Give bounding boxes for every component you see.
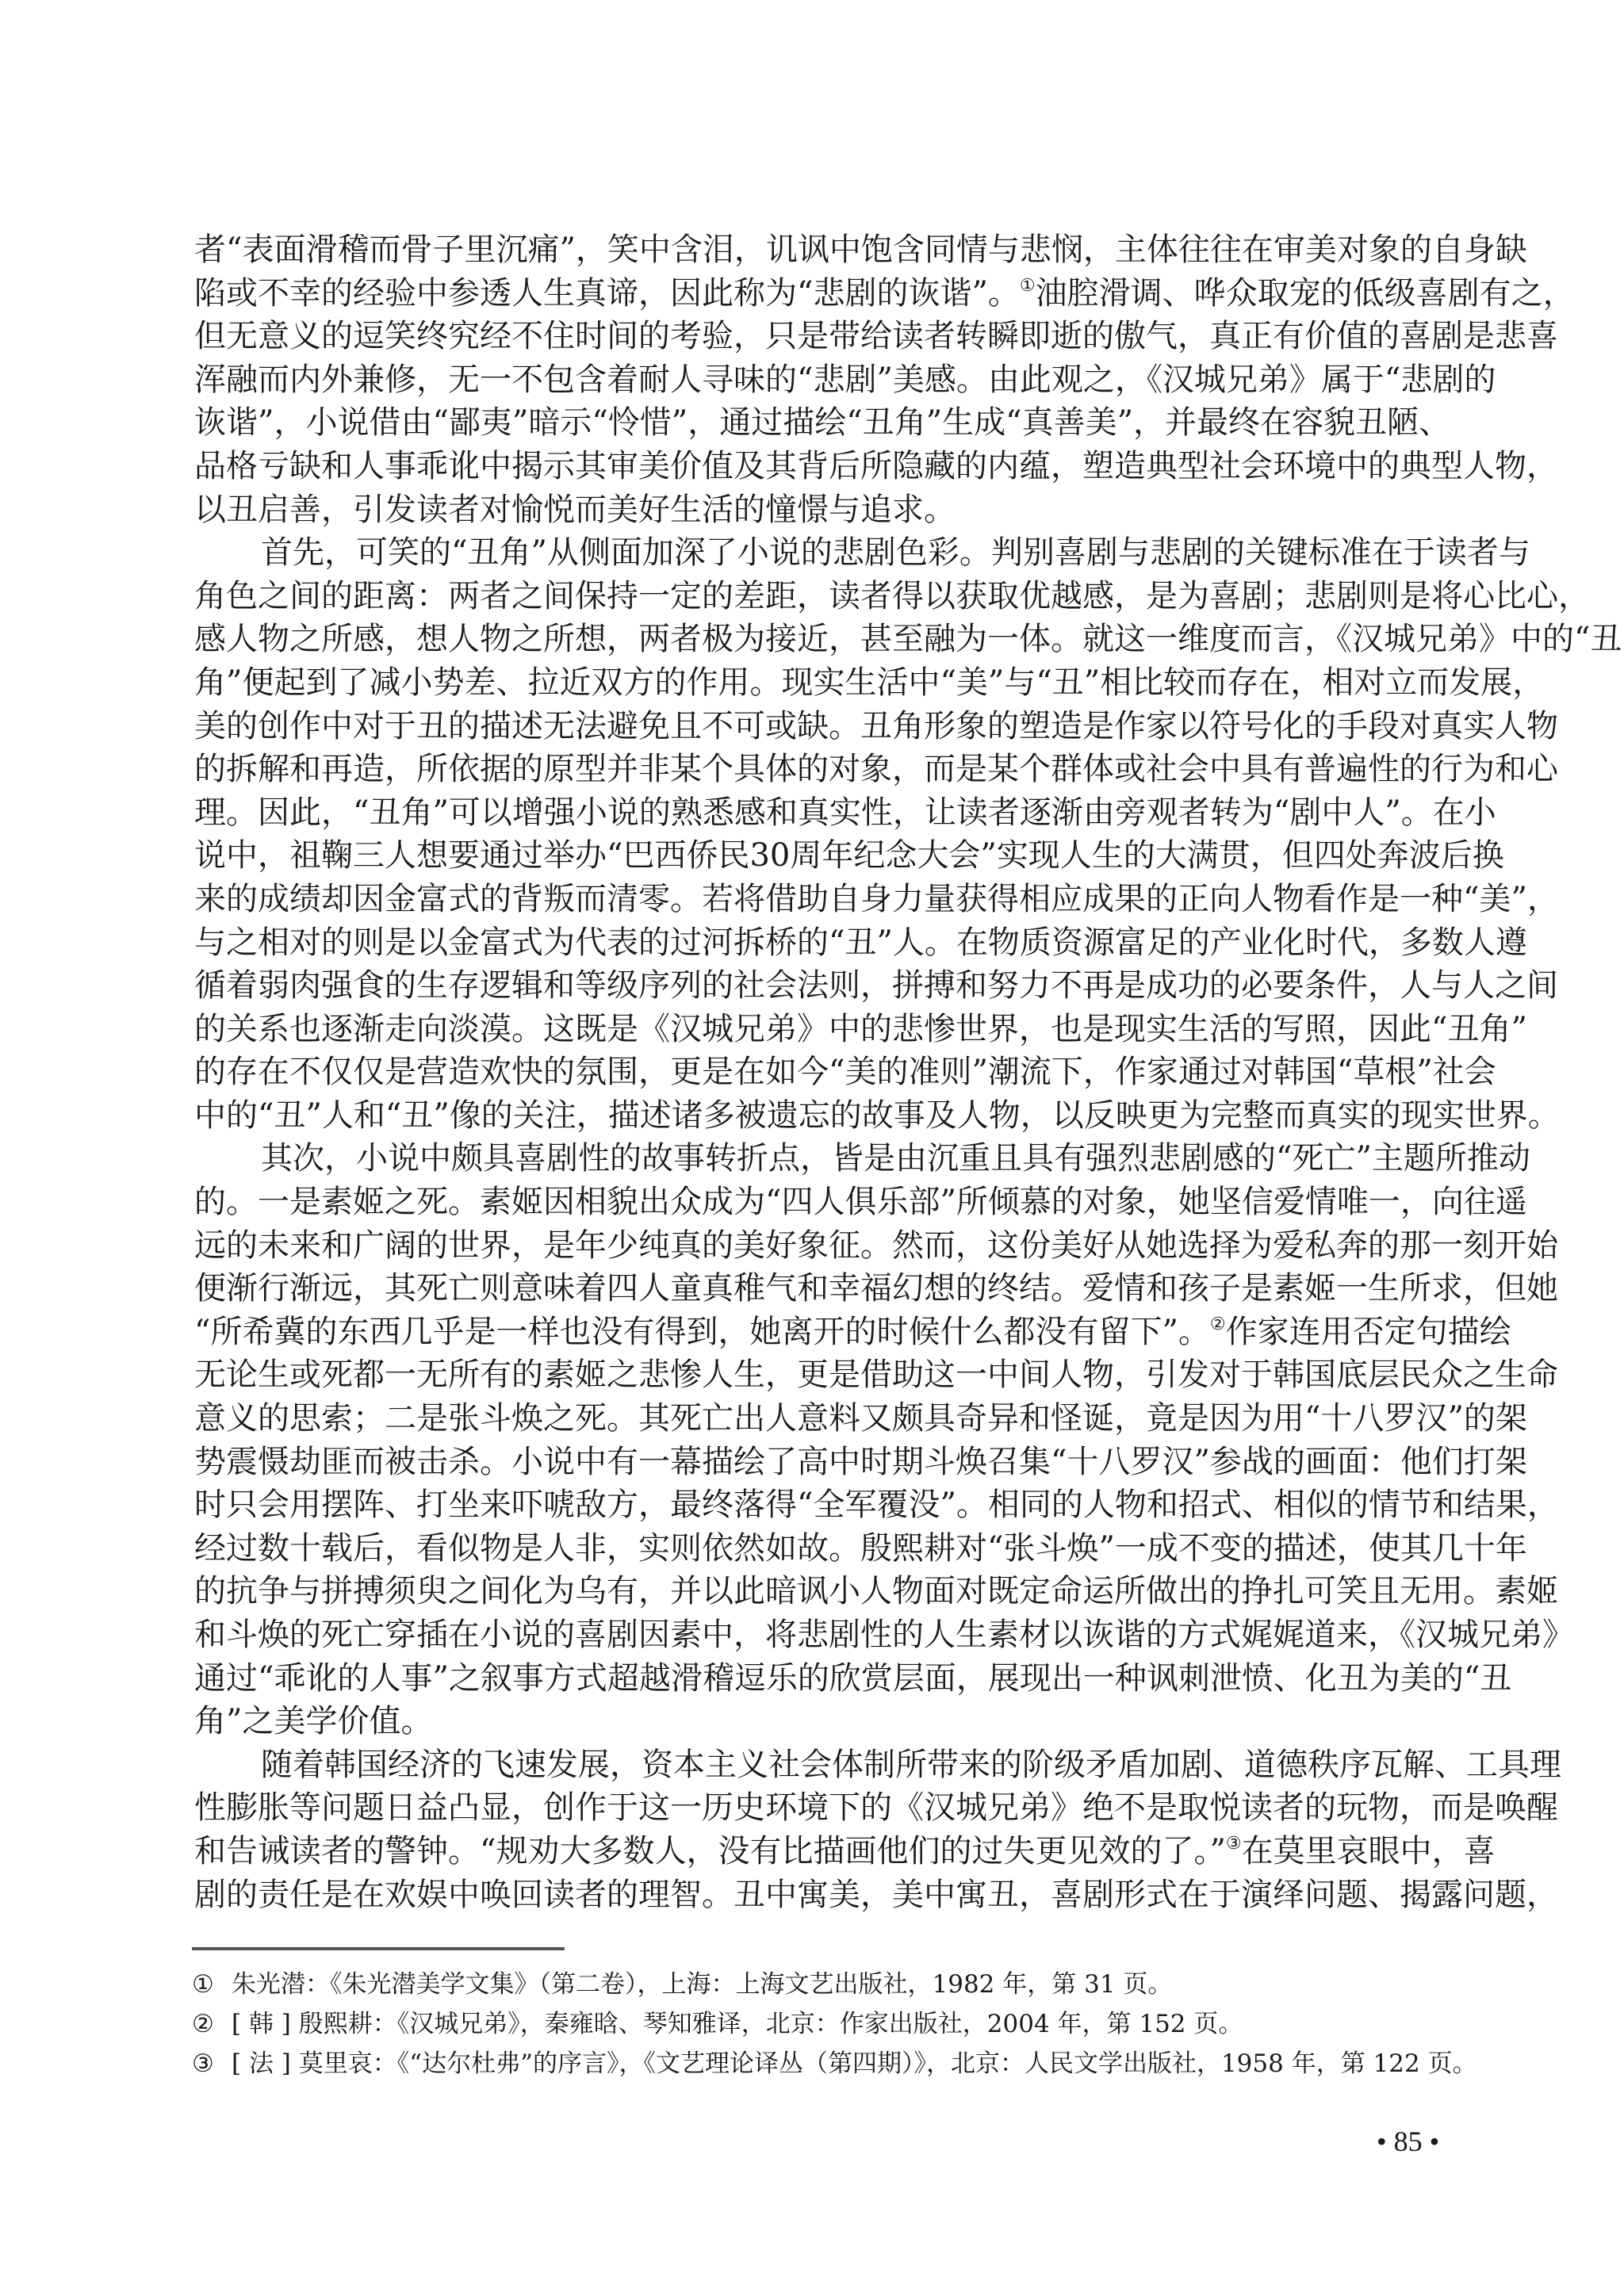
line-text: 意义的思索；二是张斗焕之死。其死亡出人意料又颇具奇异和怪诞，竟是因为用“十八罗汉… — [194, 1400, 1527, 1437]
line-text: 中的“丑”人和“丑”像的关注，描述诸多被遗忘的故事及人物，以反映更为完整而真实的… — [194, 1097, 1560, 1134]
line-text: 经过数十载后，看似物是人非，实则依然如故。殷熙耕对“张斗焕”一成不变的描述，使其… — [194, 1530, 1527, 1567]
text-line: 角色之间的距离：两者之间保持一定的差距，读者得以获取优越感，是为喜剧；悲剧则是将… — [194, 575, 1433, 618]
text-line: 但无意义的逗笑终究经不住时间的考验，只是带给读者转瞬即逝的傲气，真正有价值的喜剧… — [194, 315, 1433, 358]
text-line: 经过数十载后，看似物是人非，实则依然如故。殷熙耕对“张斗焕”一成不变的描述，使其… — [194, 1527, 1433, 1571]
text-line: 的抗争与拼搏须臾之间化为乌有，并以此暗讽小人物面对既定命运所做出的挣扎可笑且无用… — [194, 1570, 1433, 1613]
text-line: 随着韩国经济的飞速发展，资本主义社会体制所带来的阶级矛盾加剧、道德秩序瓦解、工具… — [194, 1743, 1433, 1787]
line-text: 但无意义的逗笑终究经不住时间的考验，只是带给读者转瞬即逝的傲气，真正有价值的喜剧… — [194, 318, 1558, 354]
footnote-reference[interactable]: ③ — [1226, 1834, 1242, 1854]
line-text: 其次，小说中颇具喜剧性的故事转折点，皆是由沉重且具有强烈悲剧感的“死亡”主题所推… — [261, 1140, 1530, 1177]
line-text: 在莫里哀眼中，喜 — [1242, 1833, 1496, 1869]
text-line: 势震慑劫匪而被击杀。小说中有一幕描绘了高中时期斗焕召集“十八罗汉”参战的画面：他… — [194, 1441, 1433, 1484]
line-text: 陷或不幸的经验中参透人生真谛，因此称为“悲剧的诙谐”。 — [194, 275, 1020, 312]
line-text: 便渐行渐远，其死亡则意味着四人童真稚气和幸福幻想的终结。爱情和孩子是素姬一生所求… — [194, 1270, 1558, 1307]
document-page: 者“表面滑稽而骨子里沉痛”，笑中含泪，讥讽中饱含同情与悲悯，主体往往在审美对象的… — [0, 0, 1624, 2296]
line-text: 美的创作中对于丑的描述无法避免且不可或缺。丑角形象的塑造是作家以符号化的手段对真… — [194, 708, 1558, 744]
line-text: 的拆解和再造，所依据的原型并非某个具体的对象，而是某个群体或社会中具有普遍性的行… — [194, 751, 1558, 787]
text-line: 浑融而内外兼修，无一不包含着耐人寻味的“悲剧”美感。由此观之，《汉城兄弟》属于“… — [194, 358, 1433, 402]
line-text: 和告诫读者的警钟。“规劝大多数人，没有比描画他们的过失更见效的了。” — [194, 1833, 1226, 1869]
text-line: 便渐行渐远，其死亡则意味着四人童真稚气和幸福幻想的终结。爱情和孩子是素姬一生所求… — [194, 1267, 1433, 1311]
line-text: 剧的责任是在欢娱中唤回读者的理智。丑中寓美，美中寓丑，喜剧形式在于演绎问题、揭露… — [194, 1877, 1558, 1913]
text-line: 循着弱肉强食的生存逻辑和等级序列的社会法则，拼搏和努力不再是成功的必要条件，人与… — [194, 964, 1433, 1008]
text-line: 角”便起到了减小势差、拉近双方的作用。现实生活中“美”与“丑”相比较而存在，相对… — [194, 661, 1433, 705]
text-line: 首先，可笑的“丑角”从侧面加深了小说的悲剧色彩。判别喜剧与悲剧的关键标准在于读者… — [194, 531, 1433, 575]
footnote-text: [ 法 ] 莫里哀：《“达尔杜弗”的序言》，《文艺理论译丛（第四期）》，北京：人… — [232, 2049, 1477, 2078]
text-line: 者“表面滑稽而骨子里沉痛”，笑中含泪，讥讽中饱含同情与悲悯，主体往往在审美对象的… — [194, 228, 1433, 272]
line-text: 势震慑劫匪而被击杀。小说中有一幕描绘了高中时期斗焕召集“十八罗汉”参战的画面：他… — [194, 1444, 1527, 1480]
line-text: 角”之美学价值。 — [194, 1703, 432, 1739]
line-text: 角”便起到了减小势差、拉近双方的作用。现实生活中“美”与“丑”相比较而存在，相对… — [194, 664, 1544, 701]
line-text: 诙谐”，小说借由“鄙夷”暗示“怜惜”，通过描绘“丑角”生成“真善美”，并最终在容… — [194, 404, 1450, 441]
text-line: 与之相对的则是以金富式为代表的过河拆桥的“丑”人。在物质资源富足的产业化时代，多… — [194, 921, 1433, 965]
footnote-number: ② — [192, 2004, 232, 2044]
line-text: 的。一是素姬之死。素姬因相貌出众成为“四人俱乐部”所倾慕的对象，她坚信爱情唯一，… — [194, 1184, 1527, 1220]
line-text: 感人物之所感，想人物之所想，两者极为接近，甚至融为一体。就这一维度而言，《汉城兄… — [194, 621, 1622, 657]
text-line: 远的未来和广阔的世界，是年少纯真的美好象征。然而，这份美好从她选择为爱私奔的那一… — [194, 1224, 1433, 1268]
footnotes: ①朱光潜：《朱光潜美学文集》（第二卷），上海：上海文艺出版社，1982 年，第 … — [192, 1965, 1461, 2084]
line-text: 远的未来和广阔的世界，是年少纯真的美好象征。然而，这份美好从她选择为爱私奔的那一… — [194, 1227, 1558, 1264]
text-line: 陷或不幸的经验中参透人生真谛，因此称为“悲剧的诙谐”。①油腔滑调、哗众取宠的低级… — [194, 272, 1433, 316]
line-text: 油腔滑调、哗众取宠的低级喜剧有之， — [1036, 275, 1575, 312]
footnote-number: ① — [192, 1965, 232, 2004]
line-text: 的抗争与拼搏须臾之间化为乌有，并以此暗讽小人物面对既定命运所做出的挣扎可笑且无用… — [194, 1573, 1558, 1609]
text-line: 感人物之所感，想人物之所想，两者极为接近，甚至融为一体。就这一维度而言，《汉城兄… — [194, 618, 1433, 661]
line-text: “所希冀的东西几乎是一样也没有得到，她离开的时候什么都没有留下”。 — [194, 1314, 1210, 1350]
footnote-text: 朱光潜：《朱光潜美学文集》（第二卷），上海：上海文艺出版社，1982 年，第 3… — [232, 1970, 1172, 1999]
footnote-item: ②[ 韩 ] 殷熙耕：《汉城兄弟》，秦雍晗、琴知雅译，北京：作家出版社，2004… — [192, 2004, 1461, 2044]
footnote-item: ①朱光潜：《朱光潜美学文集》（第二卷），上海：上海文艺出版社，1982 年，第 … — [192, 1965, 1461, 2004]
footnote-text: [ 韩 ] 殷熙耕：《汉城兄弟》，秦雍晗、琴知雅译，北京：作家出版社，2004 … — [232, 2010, 1243, 2038]
text-line: 和告诫读者的警钟。“规劝大多数人，没有比描画他们的过失更见效的了。”③在莫里哀眼… — [194, 1830, 1433, 1873]
text-line: 的拆解和再造，所依据的原型并非某个具体的对象，而是某个群体或社会中具有普遍性的行… — [194, 748, 1433, 791]
footnote-item: ③[ 法 ] 莫里哀：《“达尔杜弗”的序言》，《文艺理论译丛（第四期）》，北京：… — [192, 2044, 1461, 2084]
line-text: 理。因此，“丑角”可以增强小说的熟悉感和真实性，让读者逐渐由旁观者转为“剧中人”… — [194, 794, 1496, 831]
text-line: 通过“乖讹的人事”之叙事方式超越滑稽逗乐的欣赏层面，展现出一种讽刺泄愤、化丑为美… — [194, 1657, 1433, 1701]
page-number: • 85 • — [1377, 2125, 1439, 2158]
footnote-reference[interactable]: ② — [1210, 1314, 1226, 1334]
line-text: 性膨胀等问题日益凸显，创作于这一历史环境下的《汉城兄弟》绝不是取悦读者的玩物，而… — [194, 1789, 1558, 1826]
text-line: 和斗焕的死亡穿插在小说的喜剧因素中，将悲剧性的人生素材以诙谐的方式娓娓道来，《汉… — [194, 1613, 1433, 1657]
footnote-number: ③ — [192, 2044, 232, 2084]
text-line: 的关系也逐渐走向淡漠。这既是《汉城兄弟》中的悲惨世界，也是现实生活的写照，因此“… — [194, 1008, 1433, 1051]
line-text: 说中，祖鞠三人想要通过举办“巴西侨民30周年纪念大会”实现人生的大满贯，但四处奔… — [194, 837, 1504, 874]
text-line: 诙谐”，小说借由“鄙夷”暗示“怜惜”，通过描绘“丑角”生成“真善美”，并最终在容… — [194, 401, 1433, 445]
text-line: 品格亏缺和人事乖讹中揭示其审美价值及其背后所隐藏的内蕴，塑造典型社会环境中的典型… — [194, 445, 1433, 488]
line-text: 首先，可笑的“丑角”从侧面加深了小说的悲剧色彩。判别喜剧与悲剧的关键标准在于读者… — [261, 534, 1530, 571]
footnote-reference[interactable]: ① — [1020, 276, 1036, 296]
line-text: 的存在不仅仅是营造欢快的氛围，更是在如今“美的准则”潮流下，作家通过对韩国“草根… — [194, 1054, 1496, 1090]
text-line: 角”之美学价值。 — [194, 1700, 1433, 1743]
footnote-divider — [192, 1947, 565, 1950]
line-text: 通过“乖讹的人事”之叙事方式超越滑稽逗乐的欣赏层面，展现出一种讽刺泄愤、化丑为美… — [194, 1660, 1511, 1697]
text-line: 时只会用摆阵、打坐来吓唬敌方，最终落得“全军覆没”。相同的人物和招式、相似的情节… — [194, 1483, 1433, 1527]
text-line: 中的“丑”人和“丑”像的关注，描述诸多被遗忘的故事及人物，以反映更为完整而真实的… — [194, 1094, 1433, 1138]
text-line: 意义的思索；二是张斗焕之死。其死亡出人意料又颇具奇异和怪诞，竟是因为用“十八罗汉… — [194, 1397, 1433, 1441]
text-line: 说中，祖鞠三人想要通过举办“巴西侨民30周年纪念大会”实现人生的大满贯，但四处奔… — [194, 834, 1433, 878]
line-text: 和斗焕的死亡穿插在小说的喜剧因素中，将悲剧性的人生素材以诙谐的方式娓娓道来，《汉… — [194, 1617, 1574, 1653]
line-text: 者“表面滑稽而骨子里沉痛”，笑中含泪，讥讽中饱含同情与悲悯，主体往往在审美对象的… — [194, 232, 1527, 268]
text-line: 剧的责任是在欢娱中唤回读者的理智。丑中寓美，美中寓丑，喜剧形式在于演绎问题、揭露… — [194, 1873, 1433, 1917]
text-line: 以丑启善，引发读者对愉悦而美好生活的憧憬与追求。 — [194, 488, 1433, 532]
text-line: 理。因此，“丑角”可以增强小说的熟悉感和真实性，让读者逐渐由旁观者转为“剧中人”… — [194, 791, 1433, 835]
text-line: “所希冀的东西几乎是一样也没有得到，她离开的时候什么都没有留下”。②作家连用否定… — [194, 1311, 1433, 1354]
line-text: 时只会用摆阵、打坐来吓唬敌方，最终落得“全军覆没”。相同的人物和招式、相似的情节… — [194, 1487, 1559, 1523]
text-line: 性膨胀等问题日益凸显，创作于这一历史环境下的《汉城兄弟》绝不是取悦读者的玩物，而… — [194, 1786, 1433, 1830]
line-text: 的关系也逐渐走向淡漠。这既是《汉城兄弟》中的悲惨世界，也是现实生活的写照，因此“… — [194, 1011, 1527, 1047]
line-text: 无论生或死都一无所有的素姬之悲惨人生，更是借助这一中间人物，引发对于韩国底层民众… — [194, 1357, 1558, 1393]
text-line: 无论生或死都一无所有的素姬之悲惨人生，更是借助这一中间人物，引发对于韩国底层民众… — [194, 1353, 1433, 1397]
text-line: 来的成绩却因金富式的背叛而清零。若将借助自身力量获得相应成果的正向人物看作是一种… — [194, 878, 1433, 921]
text-line: 美的创作中对于丑的描述无法避免且不可或缺。丑角形象的塑造是作家以符号化的手段对真… — [194, 705, 1433, 748]
line-text: 浑融而内外兼修，无一不包含着耐人寻味的“悲剧”美感。由此观之，《汉城兄弟》属于“… — [194, 362, 1496, 398]
line-text: 来的成绩却因金富式的背叛而清零。若将借助自身力量获得相应成果的正向人物看作是一种… — [194, 881, 1559, 917]
line-text: 角色之间的距离：两者之间保持一定的差距，读者得以获取优越感，是为喜剧；悲剧则是将… — [194, 578, 1590, 614]
line-text: 随着韩国经济的飞速发展，资本主义社会体制所带来的阶级矛盾加剧、道德秩序瓦解、工具… — [261, 1747, 1561, 1783]
text-line: 其次，小说中颇具喜剧性的故事转折点，皆是由沉重且具有强烈悲剧感的“死亡”主题所推… — [194, 1137, 1433, 1181]
text-line: 的。一是素姬之死。素姬因相貌出众成为“四人俱乐部”所倾慕的对象，她坚信爱情唯一，… — [194, 1181, 1433, 1224]
line-text: 品格亏缺和人事乖讹中揭示其审美价值及其背后所隐藏的内蕴，塑造典型社会环境中的典型… — [194, 448, 1558, 484]
line-text: 与之相对的则是以金富式为代表的过河拆桥的“丑”人。在物质资源富足的产业化时代，多… — [194, 924, 1527, 961]
text-line: 的存在不仅仅是营造欢快的氛围，更是在如今“美的准则”潮流下，作家通过对韩国“草根… — [194, 1050, 1433, 1094]
body-text: 者“表面滑稽而骨子里沉痛”，笑中含泪，讥讽中饱含同情与悲悯，主体往往在审美对象的… — [194, 228, 1433, 1916]
line-text: 循着弱肉强食的生存逻辑和等级序列的社会法则，拼搏和努力不再是成功的必要条件，人与… — [194, 967, 1558, 1004]
line-text: 以丑启善，引发读者对愉悦而美好生活的憧憬与追求。 — [194, 492, 956, 528]
line-text: 作家连用否定句描绘 — [1226, 1314, 1511, 1350]
